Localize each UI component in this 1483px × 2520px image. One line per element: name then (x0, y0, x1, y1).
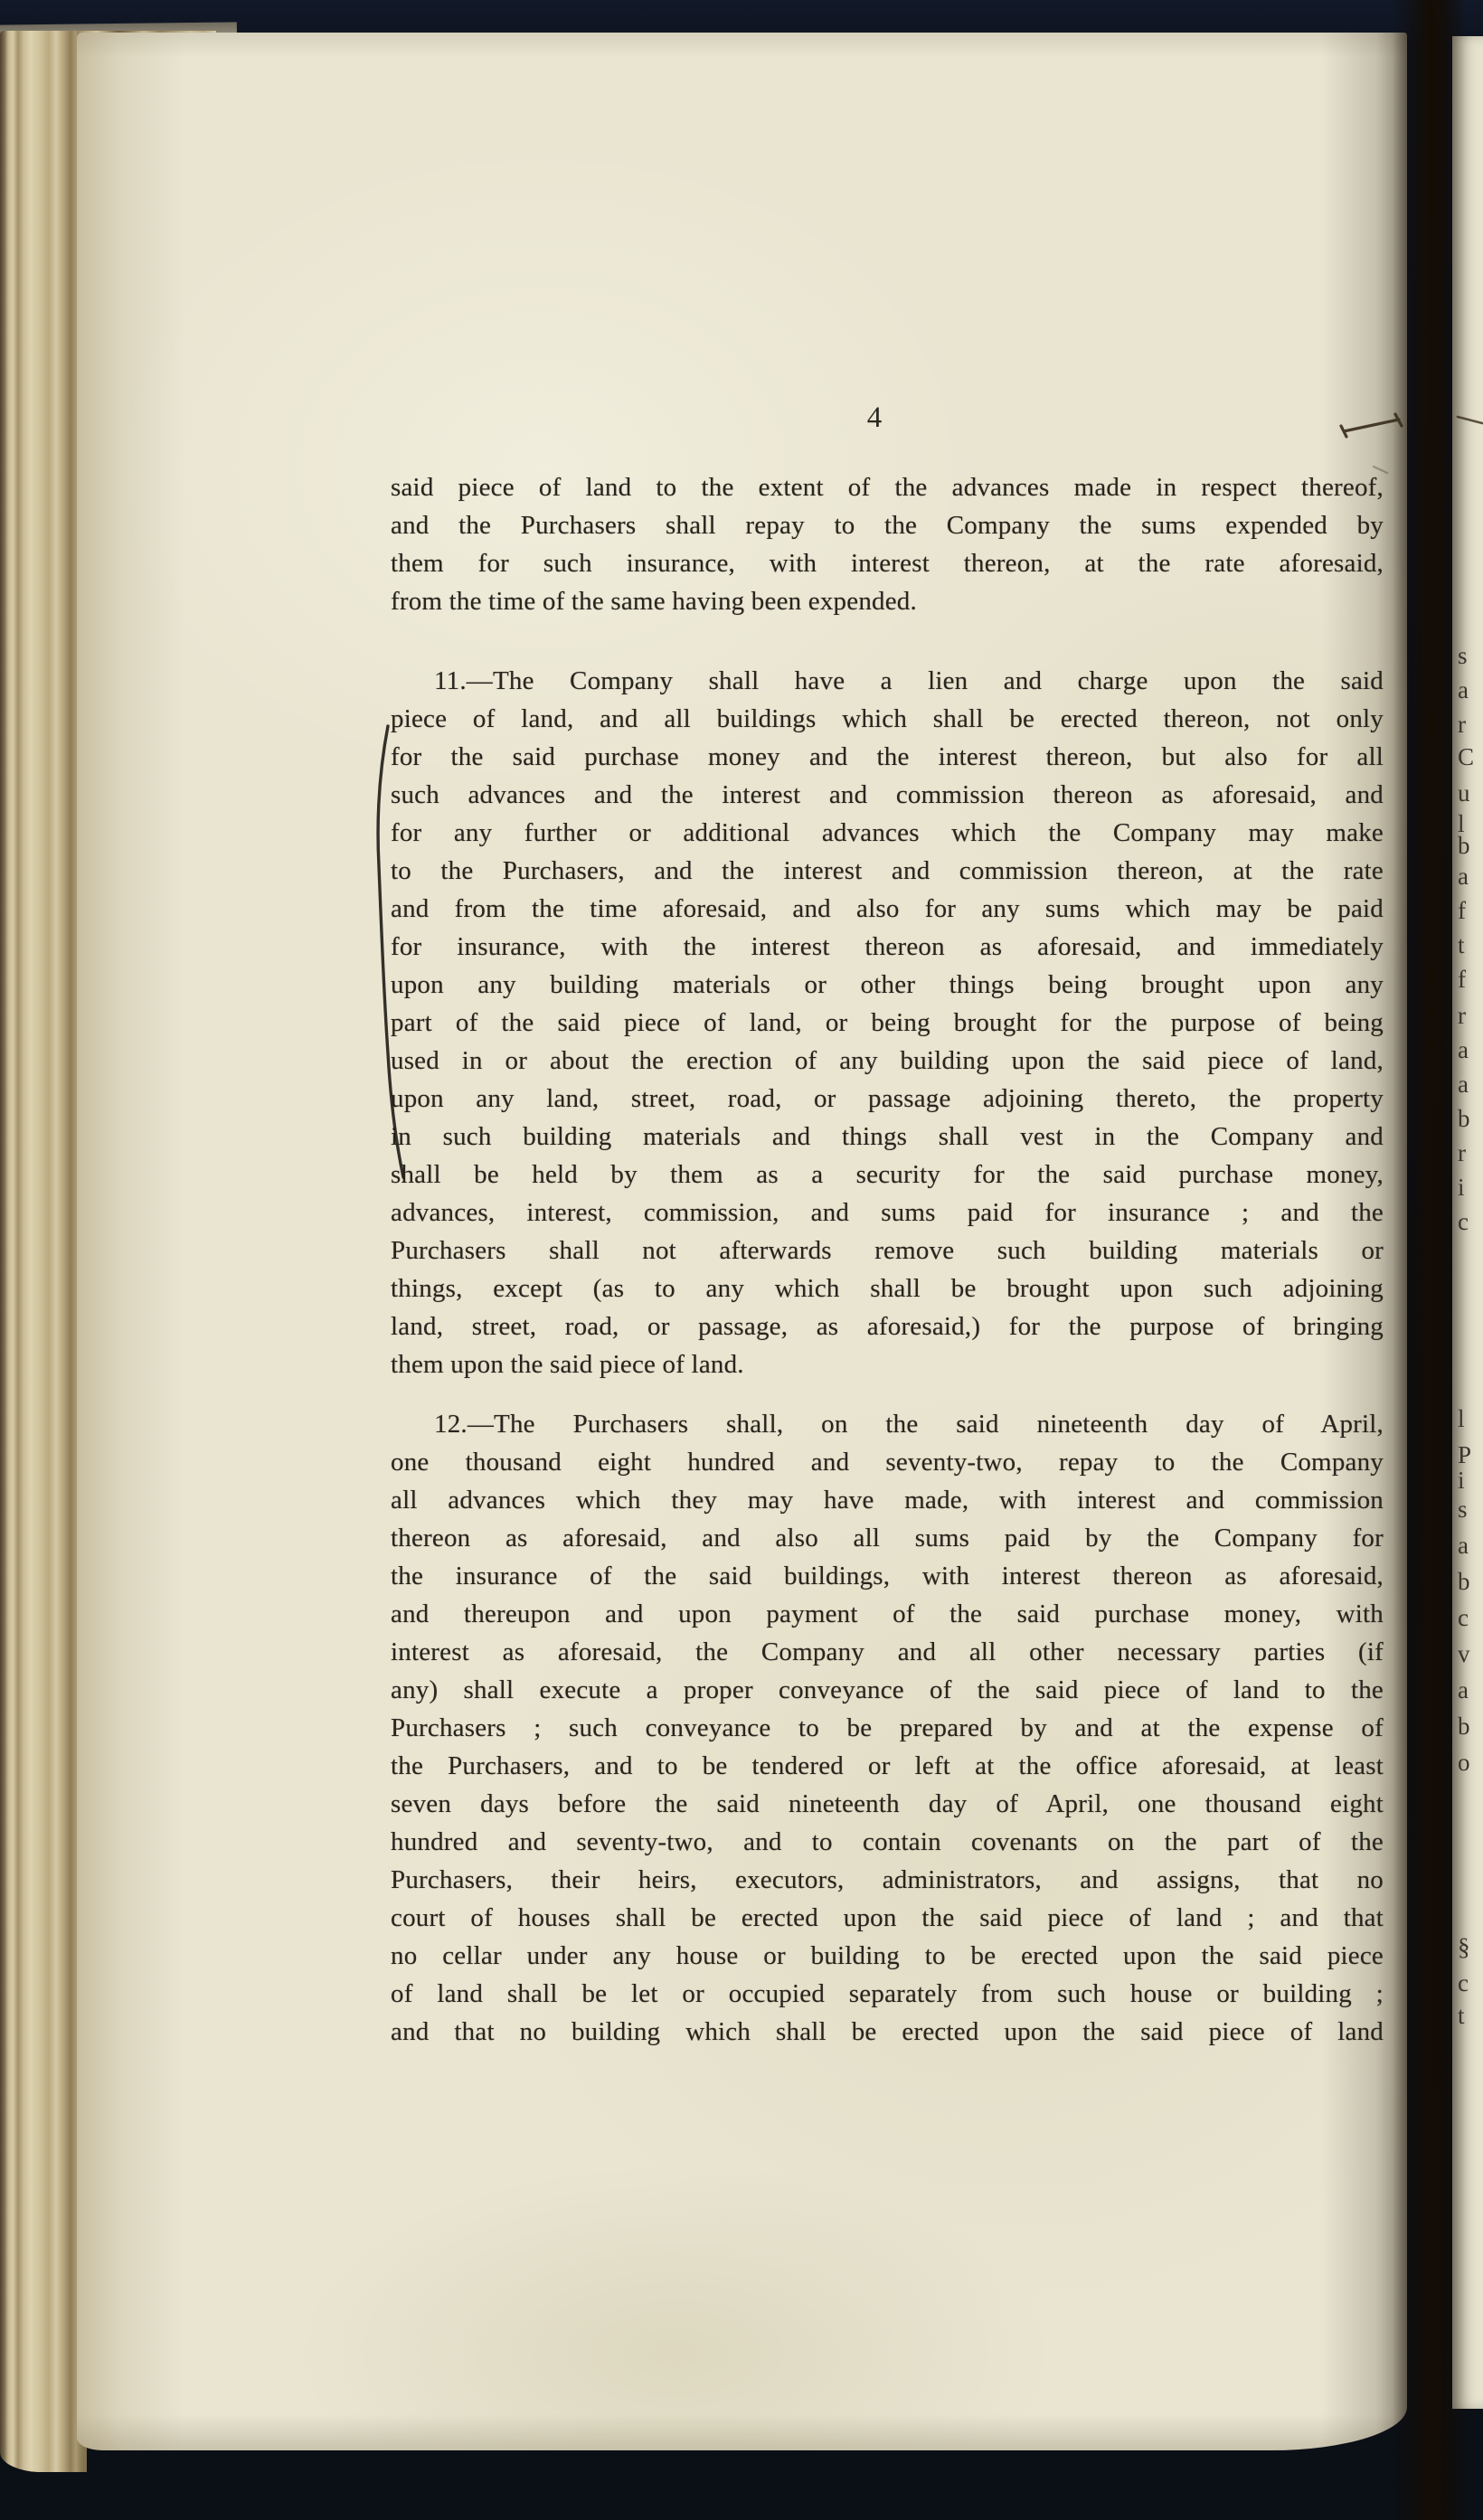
small-pen-tick (1374, 467, 1387, 473)
ink-annotations (0, 0, 1483, 2520)
pen-dash-mark (1341, 414, 1402, 437)
pen-dash-mark-facing (1458, 417, 1482, 423)
book-scan: sarCulbaftfraabriclPisabcvabo§ct 4 said … (0, 0, 1483, 2520)
margin-ink-line (378, 726, 403, 1177)
